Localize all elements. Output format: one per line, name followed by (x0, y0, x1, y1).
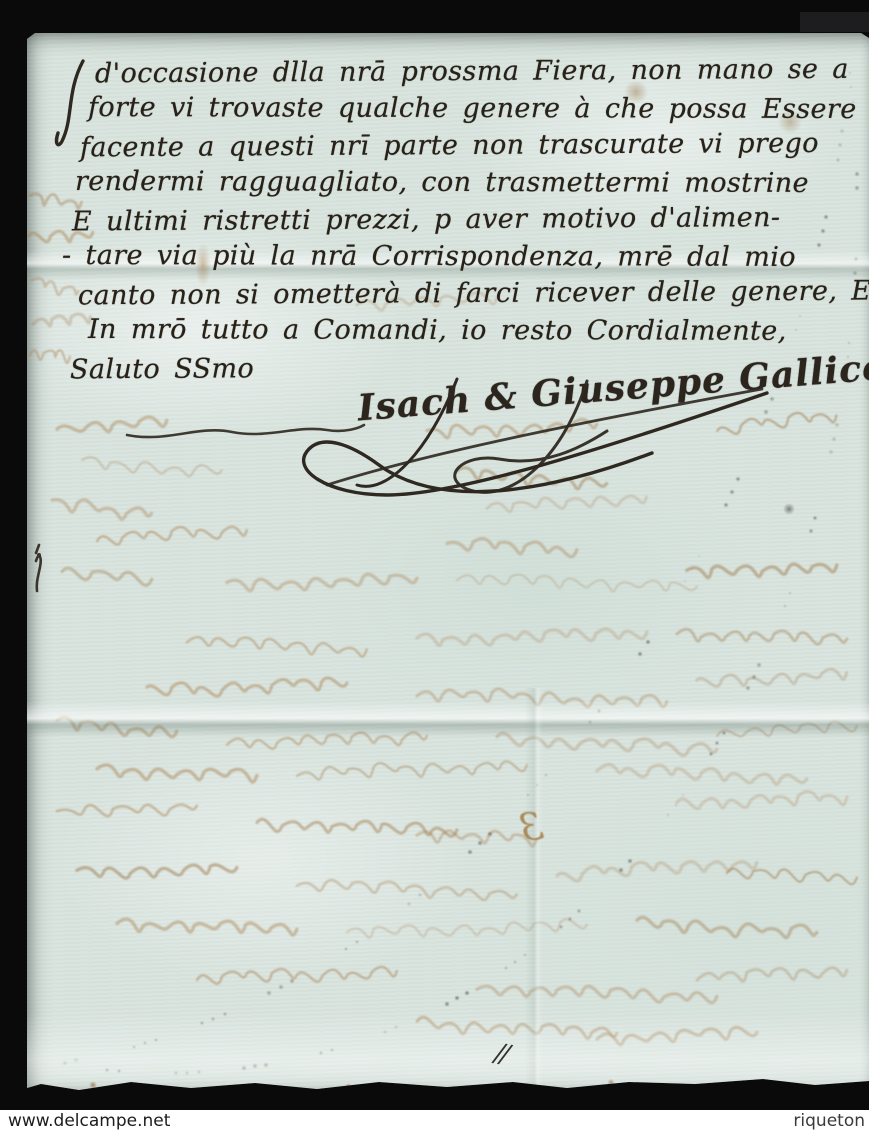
letter-line: forte vi trovaste qualche genere à che p… (88, 89, 857, 128)
letter-body: d'occasione dlla nrā prossma Fiera, non … (62, 53, 857, 386)
watermark-strip: www.delcampe.net riqueton (0, 1110, 869, 1132)
rust-spot (89, 1081, 97, 1089)
letter-line: E ultimi ristretti prezzi, p aver motivo… (72, 199, 857, 241)
rust-spot (607, 1079, 615, 1086)
letter-line: - tare via più la nrā Corrispondenza, mr… (62, 237, 857, 276)
saluto-underline (127, 425, 364, 437)
scanner-artifact (800, 12, 869, 32)
letter-line: d'occasione dlla nrā prossma Fiera, non … (95, 51, 857, 93)
rust-spot (345, 1083, 352, 1090)
paper-bottom-sheen (27, 1011, 869, 1092)
ink-smudge (783, 503, 795, 515)
bleedthrough-numeral: 3 (516, 804, 545, 851)
letter-line: rendermi ragguagliato, con trasmettermi … (75, 163, 857, 202)
letter-line: facente a questi nrī parte non trascurat… (80, 125, 857, 167)
watermark-riqueton: riqueton (793, 1111, 865, 1131)
letter-paper: 3 d'occasione dlla nrā prossma Fiera, no… (27, 33, 869, 1092)
margin-mark (36, 545, 41, 591)
letter-line: In mrō tutto a Comandi, io resto Cordial… (88, 311, 857, 350)
letter-line: canto non si ometterà di farci ricever d… (78, 273, 857, 315)
watermark-delcampe: www.delcampe.net (8, 1111, 170, 1131)
fold-crease-bottom (27, 701, 869, 737)
